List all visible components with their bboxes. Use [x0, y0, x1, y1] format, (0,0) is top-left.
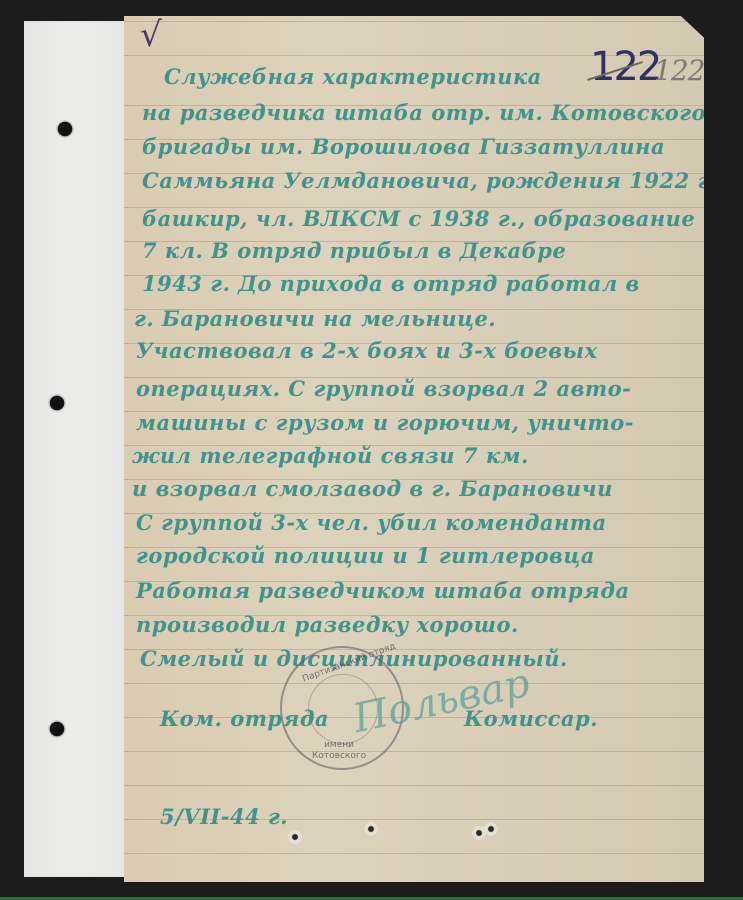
text-line: Работая разведчиком штаба отряда: [136, 578, 630, 603]
stamp-text-bottom: имени Котовского: [312, 740, 366, 762]
staple-hole: [484, 822, 498, 836]
page-number-ink: 122: [590, 44, 660, 90]
text-line: бригады им. Ворошилова Гиззатуллина: [142, 134, 665, 159]
punch-hole-middle: [48, 394, 66, 412]
text-line: городской полиции и 1 гитлеровца: [136, 543, 595, 568]
text-line: операциях. С группой взорвал 2 авто-: [136, 376, 631, 401]
text-line: производил разведку хорошо.: [136, 612, 519, 637]
stamp-text-line: Котовского: [312, 751, 366, 762]
mounting-strip: [24, 21, 134, 877]
document-title: Служебная характеристика: [164, 64, 542, 89]
text-line: жил телеграфной связи 7 км.: [132, 443, 529, 468]
text-line: и взорвал смолзавод в г. Барановичи: [132, 476, 613, 501]
text-line: С группой 3-х чел. убил коменданта: [136, 510, 607, 535]
punch-hole-bottom: [48, 720, 66, 738]
commissar-signature-label: Комиссар.: [464, 706, 598, 731]
staple-hole: [364, 822, 378, 836]
text-line: г. Барановичи на мельнице.: [134, 306, 496, 331]
text-line: 1943 г. До прихода в отряд работал в: [142, 271, 640, 296]
text-line: на разведчика штаба отр. им. Котовского,: [142, 100, 714, 125]
text-line: машины с грузом и горючим, уничто-: [136, 410, 634, 435]
text-line: 7 кл. В отряд прибыл в Декабре: [142, 238, 566, 263]
text-line: башкир, чл. ВЛКСМ с 1938 г., образование: [142, 206, 695, 231]
document-sheet: √ 122 122 Служебная характеристика на ра…: [124, 16, 704, 882]
document-date: 5/VII-44 г.: [160, 804, 288, 829]
page-number-pencil: 122: [654, 54, 704, 87]
text-line: Саммьяна Уелмдановича, рождения 1922 г.,: [142, 168, 725, 193]
checkmark-icon: √: [140, 18, 170, 58]
text-line: Участвовал в 2-х боях и 3-х боевых: [136, 338, 597, 363]
commander-signature-label: Ком. отряда: [160, 706, 329, 731]
punch-hole-top: [56, 120, 74, 138]
staple-hole: [288, 830, 302, 844]
